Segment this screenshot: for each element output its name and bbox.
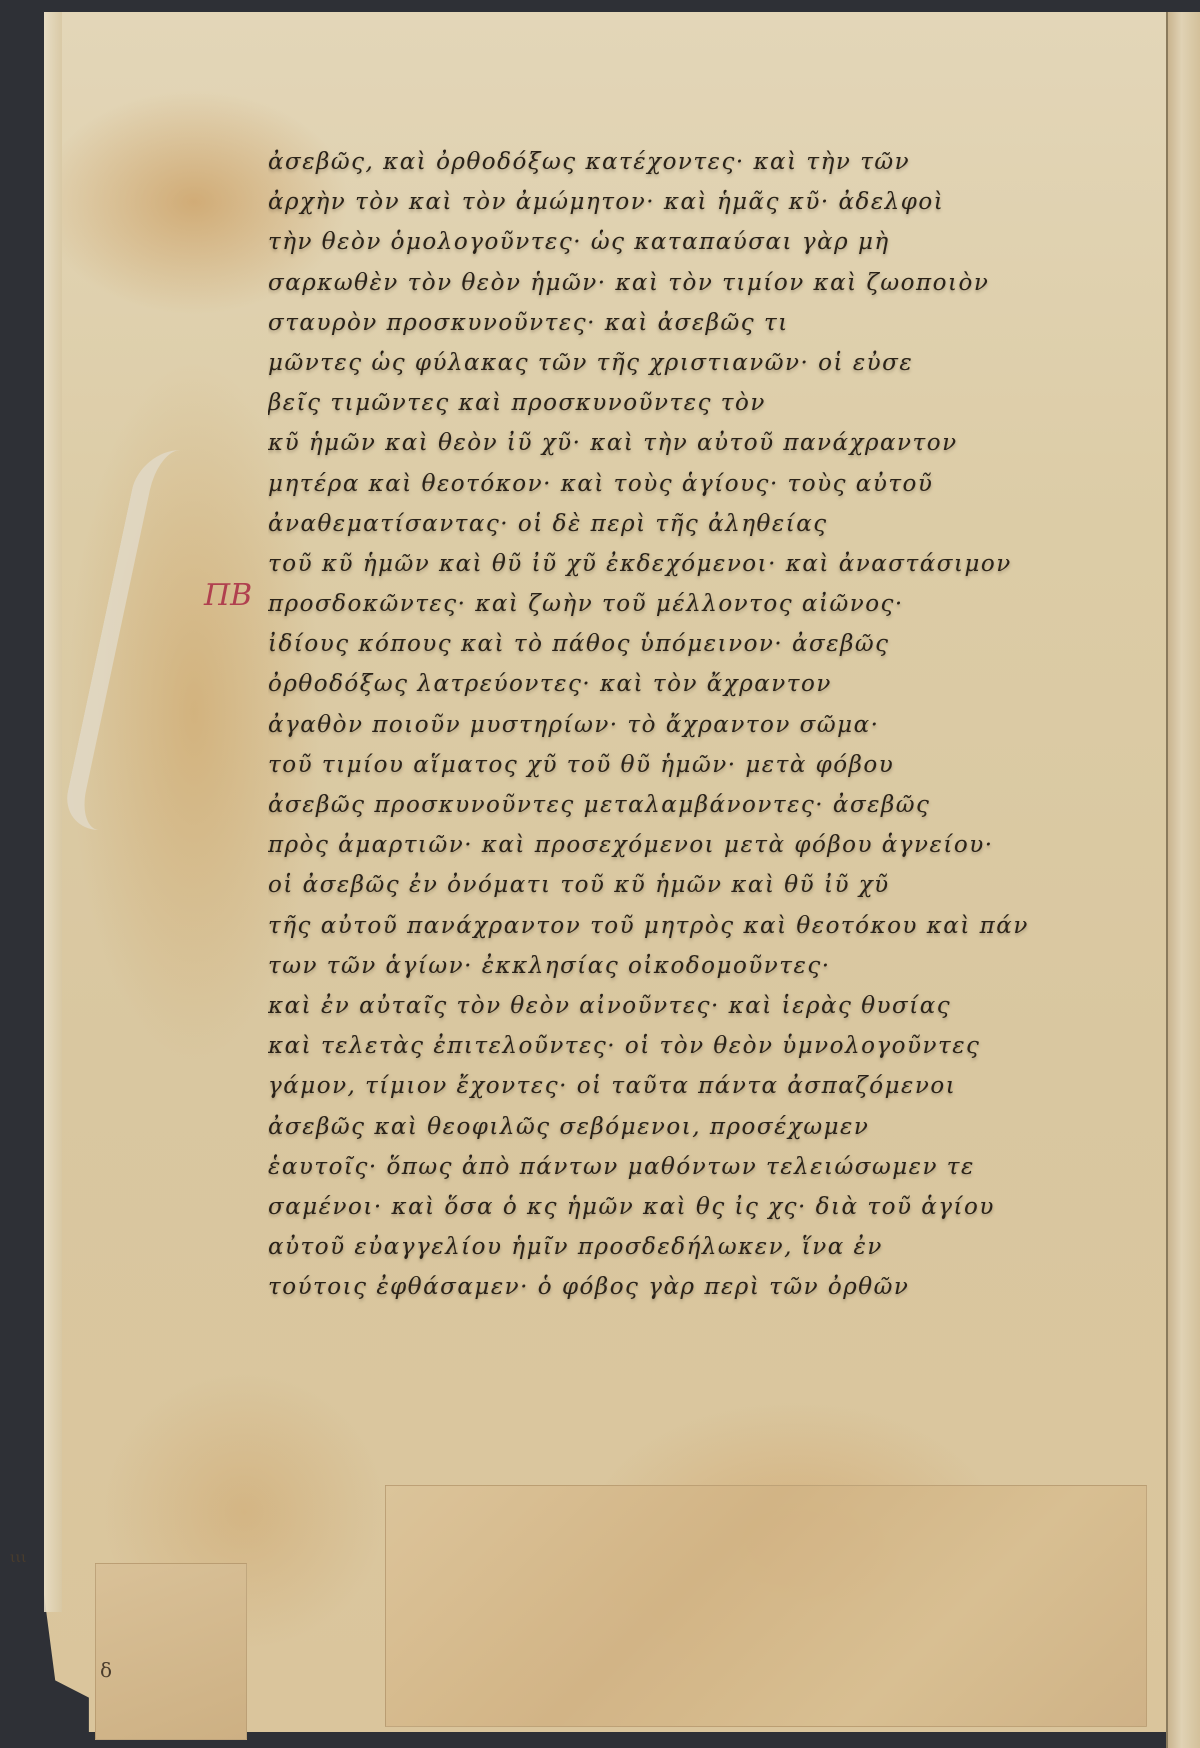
text-line: ὀρθοδόξως λατρεύοντες· καὶ τὸν ἄχραντον [268, 664, 1098, 704]
text-line: κῦ ἡμῶν καὶ θεὸν ἰῦ χῦ· καὶ τὴν αὐτοῦ πα… [268, 423, 1098, 463]
text-line: βεῖς τιμῶντες καὶ προσκυνοῦντες τὸν [268, 383, 1098, 423]
text-line: αὐτοῦ εὐαγγελίου ἡμῖν προσδεδήλωκεν, ἵνα… [268, 1227, 1098, 1267]
text-line: ἀγαθὸν ποιοῦν μυστηρίων· τὸ ἄχραντον σῶμ… [268, 705, 1098, 745]
text-line: σαρκωθὲν τὸν θεὸν ἡμῶν· καὶ τὸν τιμίον κ… [268, 263, 1098, 303]
repair-patch-bottom [385, 1485, 1147, 1727]
repair-patch-left [95, 1563, 247, 1740]
text-line: ἀναθεματίσαντας· οἱ δὲ περὶ τῆς ἀληθείας [268, 504, 1098, 544]
rubric-marginal-number: ΠΒ [204, 578, 252, 613]
text-line: προσδοκῶντες· καὶ ζωὴν τοῦ μέλλοντος αἰῶ… [268, 584, 1098, 624]
text-line: τὴν θεὸν ὁμολογοῦντες· ὡς καταπαύσαι γὰρ… [268, 222, 1098, 262]
text-line: τοῦ κῦ ἡμῶν καὶ θῦ ἰῦ χῦ ἐκδεχόμενοι· κα… [268, 544, 1098, 584]
text-line: οἱ ἀσεβῶς ἐν ὀνόματι τοῦ κῦ ἡμῶν καὶ θῦ … [268, 865, 1098, 905]
lower-left-mark: ιιι [10, 1550, 26, 1566]
text-line: γάμον, τίμιον ἔχοντες· οἱ ταῦτα πάντα ἀσ… [268, 1066, 1098, 1106]
text-line: μῶντες ὡς φύλακας τῶν τῆς χριστιανῶν· οἱ… [268, 343, 1098, 383]
manuscript-text-block: ἀσεβῶς, καὶ ὀρθοδόξως κατέχοντες· καὶ τὴ… [268, 142, 1098, 1307]
text-line: ἀσεβῶς καὶ θεοφιλῶς σεβόμενοι, προσέχωμε… [268, 1107, 1098, 1147]
text-line: καὶ ἐν αὐταῖς τὸν θεὸν αἰνοῦντες· καὶ ἱε… [268, 986, 1098, 1026]
text-line: ἀρχὴν τὸν καὶ τὸν ἀμώμητον· καὶ ἡμᾶς κῦ·… [268, 182, 1098, 222]
text-line: των τῶν ἁγίων· ἐκκλησίας οἰκοδομοῦντες· [268, 946, 1098, 986]
text-line: σαμένοι· καὶ ὅσα ὁ κς ἡμῶν καὶ θς ἰς χς·… [268, 1187, 1098, 1227]
text-line: ἑαυτοῖς· ὅπως ἀπὸ πάντων μαθόντων τελειώ… [268, 1147, 1098, 1187]
text-line: ἰδίους κόπους καὶ τὸ πάθος ὑπόμεινον· ἀσ… [268, 624, 1098, 664]
text-line: τῆς αὐτοῦ πανάχραντον τοῦ μητρὸς καὶ θεο… [268, 906, 1098, 946]
bottom-mark: δ [100, 1658, 112, 1682]
text-line: ἀσεβῶς προσκυνοῦντες μεταλαμβάνοντες· ἀσ… [268, 785, 1098, 825]
adjacent-page-edge [1166, 12, 1200, 1748]
text-line: ἀσεβῶς, καὶ ὀρθοδόξως κατέχοντες· καὶ τὴ… [268, 142, 1098, 182]
text-line: πρὸς ἀμαρτιῶν· καὶ προσεχόμενοι μετὰ φόβ… [268, 825, 1098, 865]
text-line: καὶ τελετὰς ἐπιτελοῦντες· οἱ τὸν θεὸν ὑμ… [268, 1026, 1098, 1066]
text-line: τούτοις ἐφθάσαμεν· ὁ φόβος γὰρ περὶ τῶν … [268, 1267, 1098, 1307]
page-left-edge [44, 12, 62, 1612]
text-line: τοῦ τιμίου αἵματος χῦ τοῦ θῦ ἡμῶν· μετὰ … [268, 745, 1098, 785]
text-line: σταυρὸν προσκυνοῦντες· καὶ ἀσεβῶς τι [268, 303, 1098, 343]
text-line: μητέρα καὶ θεοτόκον· καὶ τοὺς ἁγίους· το… [268, 464, 1098, 504]
